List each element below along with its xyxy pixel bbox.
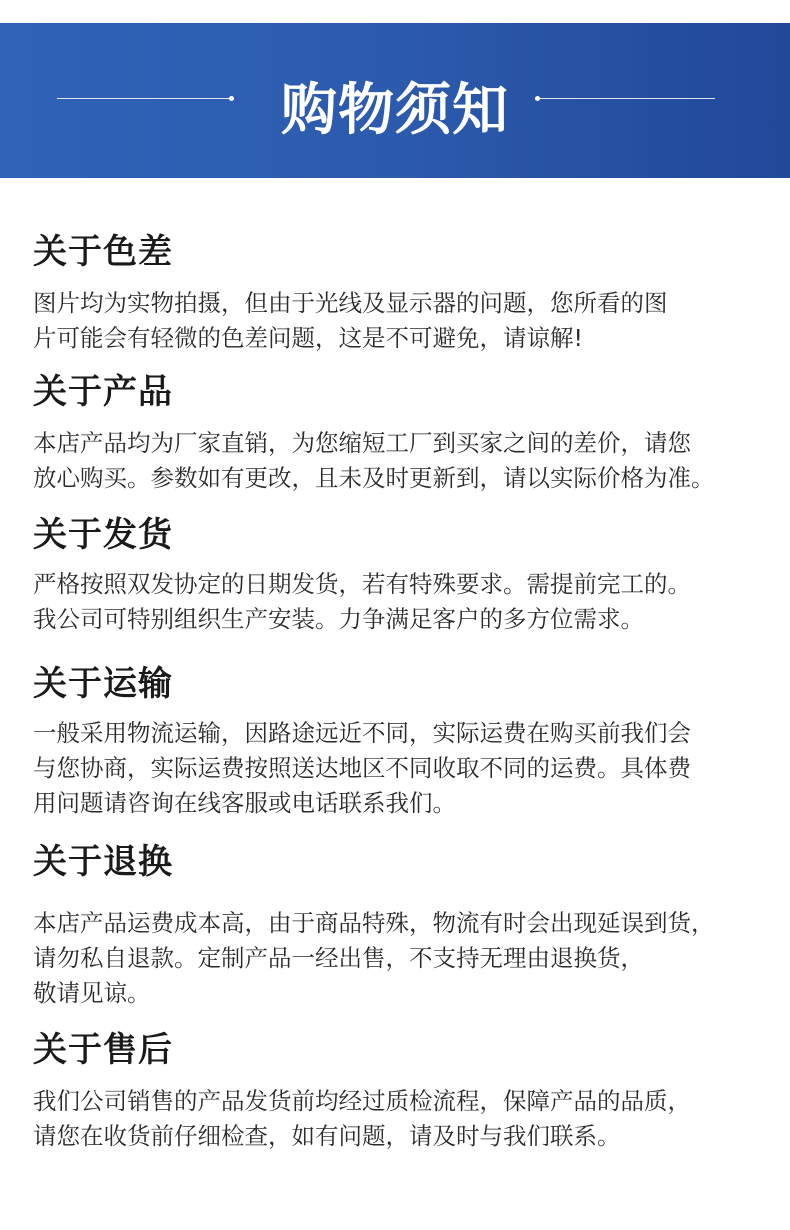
section-title-color-difference: 关于色差 xyxy=(33,232,173,272)
section-body-product: 本店产品均为厂家直销，为您缩短工厂到买家之间的差价，请您 放心购买。参数如有更改… xyxy=(33,426,773,496)
section-body-returns: 本店产品运费成本高，由于商品特殊，物流有时会出现延误到货， 请勿私自退款。定制产… xyxy=(33,906,773,1011)
page-title: 购物须知 xyxy=(0,79,790,143)
section-body-transport: 一般采用物流运输，因路途远近不同，实际运费在购买前我们会 与您协商，实际运费按照… xyxy=(33,716,773,821)
header-banner: 购物须知 xyxy=(0,23,790,178)
section-title-product: 关于产品 xyxy=(33,372,173,412)
section-title-returns: 关于退换 xyxy=(33,842,173,882)
decorative-line-right xyxy=(539,98,715,99)
section-title-shipping: 关于发货 xyxy=(33,515,173,555)
section-body-after-sales: 我们公司销售的产品发货前均经过质检流程，保障产品的品质， 请您在收货前仔细检查，… xyxy=(33,1084,773,1154)
section-body-shipping: 严格按照双发协定的日期发货，若有特殊要求。需提前完工的。 我公司可特别组织生产安… xyxy=(33,567,773,637)
section-title-after-sales: 关于售后 xyxy=(33,1030,173,1070)
section-body-color-difference: 图片均为实物拍摄，但由于光线及显示器的问题，您所看的图 片可能会有轻微的色差问题… xyxy=(33,286,773,356)
section-title-transport: 关于运输 xyxy=(33,664,173,704)
